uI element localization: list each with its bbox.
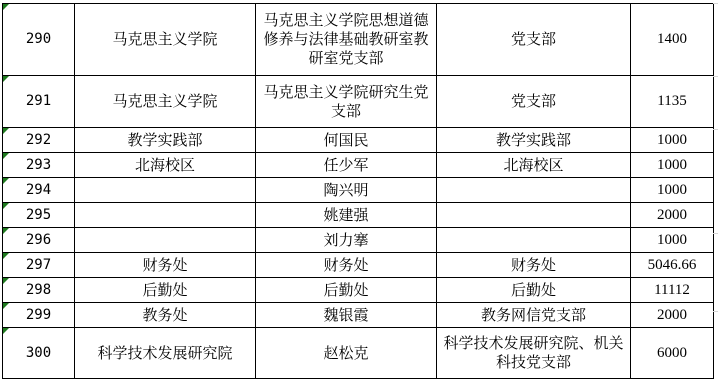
index-text: 297 bbox=[26, 257, 51, 273]
cell-unit[interactable]: 科学技术发展研究院 bbox=[75, 328, 256, 379]
cell-branch[interactable]: 魏银霞 bbox=[256, 303, 437, 328]
table-row: 296 刘力搴 1000 bbox=[3, 228, 714, 253]
cell-unit[interactable]: 财务处 bbox=[75, 253, 256, 278]
branch-text: 陶兴明 bbox=[323, 181, 368, 199]
org-text: 财务处 bbox=[511, 256, 556, 274]
cell-index[interactable]: 290 bbox=[3, 4, 75, 76]
cell-branch[interactable]: 马克思主义学院思想道德修养与法律基础教研室教研室党支部 bbox=[256, 4, 437, 76]
cell-org[interactable] bbox=[437, 178, 631, 203]
amount-text: 1135 bbox=[657, 93, 686, 109]
cell-unit[interactable] bbox=[75, 203, 256, 228]
table-row: 294 陶兴明 1000 bbox=[3, 178, 714, 203]
org-text: 党支部 bbox=[511, 92, 556, 110]
cell-org[interactable]: 北海校区 bbox=[437, 153, 631, 178]
unit-text: 北海校区 bbox=[135, 156, 195, 174]
table-row: 293 北海校区 任少军 北海校区 1000 bbox=[3, 153, 714, 178]
cell-amount[interactable]: 1135 bbox=[631, 76, 714, 128]
unit-text: 教务处 bbox=[142, 306, 187, 324]
cell-index[interactable]: 297 bbox=[3, 253, 75, 278]
index-text: 291 bbox=[26, 93, 51, 109]
amount-text: 6000 bbox=[657, 345, 687, 361]
org-text: 党支部 bbox=[511, 30, 556, 48]
gridline bbox=[713, 233, 718, 234]
cell-org[interactable]: 科学技术发展研究院、机关科技党支部 bbox=[437, 328, 631, 379]
amount-text: 5046.66 bbox=[648, 257, 697, 273]
gridline bbox=[713, 311, 718, 312]
cell-index[interactable]: 293 bbox=[3, 153, 75, 178]
cell-index[interactable]: 299 bbox=[3, 303, 75, 328]
unit-text: 后勤处 bbox=[142, 281, 187, 299]
index-text: 296 bbox=[26, 232, 51, 248]
amount-text: 1000 bbox=[657, 232, 687, 248]
cell-index[interactable]: 292 bbox=[3, 128, 75, 153]
table-row: 298 后勤处 后勤处 后勤处 11112 bbox=[3, 278, 714, 303]
amount-text: 1000 bbox=[657, 157, 687, 173]
index-text: 300 bbox=[26, 345, 51, 361]
cell-unit[interactable]: 后勤处 bbox=[75, 278, 256, 303]
cell-branch[interactable]: 赵松克 bbox=[256, 328, 437, 379]
branch-text: 姚建强 bbox=[323, 206, 368, 224]
amount-text: 11112 bbox=[654, 282, 690, 298]
spreadsheet: 290 马克思主义学院 马克思主义学院思想道德修养与法律基础教研室教研室党支部 … bbox=[2, 3, 714, 379]
unit-text: 科学技术发展研究院 bbox=[97, 344, 232, 362]
branch-text: 马克思主义学院研究生党支部 bbox=[263, 83, 428, 120]
cell-branch[interactable]: 陶兴明 bbox=[256, 178, 437, 203]
cell-marker-icon bbox=[3, 228, 9, 234]
org-text: 后勤处 bbox=[511, 281, 556, 299]
cell-amount[interactable]: 1000 bbox=[631, 228, 714, 253]
gridline bbox=[713, 3, 718, 4]
table-row: 290 马克思主义学院 马克思主义学院思想道德修养与法律基础教研室教研室党支部 … bbox=[3, 4, 714, 76]
index-text: 294 bbox=[26, 182, 51, 198]
cell-index[interactable]: 300 bbox=[3, 328, 75, 379]
amount-text: 1000 bbox=[657, 182, 687, 198]
cell-marker-icon bbox=[3, 303, 9, 309]
cell-index[interactable]: 296 bbox=[3, 228, 75, 253]
branch-text: 何国民 bbox=[323, 131, 368, 149]
unit-text: 马克思主义学院 bbox=[112, 92, 217, 110]
cell-unit[interactable]: 马克思主义学院 bbox=[75, 4, 256, 76]
gridline bbox=[713, 76, 718, 77]
table-row: 292 教学实践部 何国民 教学实践部 1000 bbox=[3, 128, 714, 153]
cell-unit[interactable] bbox=[75, 228, 256, 253]
cell-marker-icon bbox=[3, 328, 9, 334]
cell-org[interactable]: 党支部 bbox=[437, 76, 631, 128]
cell-unit[interactable]: 教学实践部 bbox=[75, 128, 256, 153]
cell-amount[interactable]: 2000 bbox=[631, 303, 714, 328]
cell-org[interactable]: 党支部 bbox=[437, 4, 631, 76]
branch-text: 马克思主义学院思想道德修养与法律基础教研室教研室党支部 bbox=[263, 11, 428, 67]
cell-unit[interactable]: 北海校区 bbox=[75, 153, 256, 178]
org-text: 教学实践部 bbox=[496, 131, 571, 149]
cell-branch[interactable]: 刘力搴 bbox=[256, 228, 437, 253]
cell-org[interactable]: 财务处 bbox=[437, 253, 631, 278]
cell-amount[interactable]: 1000 bbox=[631, 128, 714, 153]
cell-org[interactable] bbox=[437, 228, 631, 253]
cell-unit[interactable]: 马克思主义学院 bbox=[75, 76, 256, 128]
cell-amount[interactable]: 5046.66 bbox=[631, 253, 714, 278]
table-row: 295 姚建强 2000 bbox=[3, 203, 714, 228]
unit-text: 教学实践部 bbox=[127, 131, 202, 149]
org-text: 科学技术发展研究院、机关科技党支部 bbox=[443, 334, 623, 371]
cell-marker-icon bbox=[3, 203, 9, 209]
cell-marker-icon bbox=[3, 4, 9, 10]
cell-org[interactable] bbox=[437, 203, 631, 228]
table-row: 291 马克思主义学院 马克思主义学院研究生党支部 党支部 1135 bbox=[3, 76, 714, 128]
cell-marker-icon bbox=[3, 253, 9, 259]
cell-marker-icon bbox=[3, 76, 9, 82]
cell-branch[interactable]: 何国民 bbox=[256, 128, 437, 153]
cell-marker-icon bbox=[3, 128, 9, 134]
index-text: 293 bbox=[26, 157, 51, 173]
cell-amount[interactable]: 6000 bbox=[631, 328, 714, 379]
index-text: 298 bbox=[26, 282, 51, 298]
branch-text: 刘力搴 bbox=[323, 231, 368, 249]
cell-index[interactable]: 295 bbox=[3, 203, 75, 228]
gridline bbox=[713, 129, 718, 130]
cell-branch[interactable]: 马克思主义学院研究生党支部 bbox=[256, 76, 437, 128]
cell-branch[interactable]: 姚建强 bbox=[256, 203, 437, 228]
index-text: 292 bbox=[26, 132, 51, 148]
cell-branch[interactable]: 后勤处 bbox=[256, 278, 437, 303]
unit-text: 财务处 bbox=[142, 256, 187, 274]
branch-text: 任少军 bbox=[323, 156, 368, 174]
cell-index[interactable]: 294 bbox=[3, 178, 75, 203]
cell-amount[interactable]: 1000 bbox=[631, 153, 714, 178]
cell-org[interactable]: 教务网信党支部 bbox=[437, 303, 631, 328]
cell-unit[interactable] bbox=[75, 178, 256, 203]
index-text: 290 bbox=[26, 31, 51, 47]
branch-text: 后勤处 bbox=[323, 281, 368, 299]
cell-amount[interactable]: 11112 bbox=[631, 278, 714, 303]
table-row: 297 财务处 财务处 财务处 5046.66 bbox=[3, 253, 714, 278]
index-text: 295 bbox=[26, 207, 51, 223]
cell-unit[interactable]: 教务处 bbox=[75, 303, 256, 328]
table-row: 300 科学技术发展研究院 赵松克 科学技术发展研究院、机关科技党支部 6000 bbox=[3, 328, 714, 379]
cell-branch[interactable]: 财务处 bbox=[256, 253, 437, 278]
branch-text: 赵松克 bbox=[323, 344, 368, 362]
branch-text: 财务处 bbox=[323, 256, 368, 274]
org-text: 教务网信党支部 bbox=[481, 306, 586, 324]
cell-index[interactable]: 298 bbox=[3, 278, 75, 303]
cell-marker-icon bbox=[3, 153, 9, 159]
cell-amount[interactable]: 1400 bbox=[631, 4, 714, 76]
org-text: 北海校区 bbox=[503, 156, 563, 174]
cell-amount[interactable]: 2000 bbox=[631, 203, 714, 228]
donation-table: 290 马克思主义学院 马克思主义学院思想道德修养与法律基础教研室教研室党支部 … bbox=[2, 3, 714, 379]
amount-text: 1400 bbox=[657, 31, 687, 47]
cell-amount[interactable]: 1000 bbox=[631, 178, 714, 203]
amount-text: 1000 bbox=[657, 132, 687, 148]
index-text: 299 bbox=[26, 307, 51, 323]
cell-marker-icon bbox=[3, 278, 9, 284]
unit-text: 马克思主义学院 bbox=[112, 30, 217, 48]
cell-branch[interactable]: 任少军 bbox=[256, 153, 437, 178]
cell-org[interactable]: 后勤处 bbox=[437, 278, 631, 303]
cell-index[interactable]: 291 bbox=[3, 76, 75, 128]
amount-text: 2000 bbox=[657, 207, 687, 223]
table-row: 299 教务处 魏银霞 教务网信党支部 2000 bbox=[3, 303, 714, 328]
cell-marker-icon bbox=[3, 178, 9, 184]
amount-text: 2000 bbox=[657, 307, 687, 323]
cell-org[interactable]: 教学实践部 bbox=[437, 128, 631, 153]
branch-text: 魏银霞 bbox=[323, 306, 368, 324]
